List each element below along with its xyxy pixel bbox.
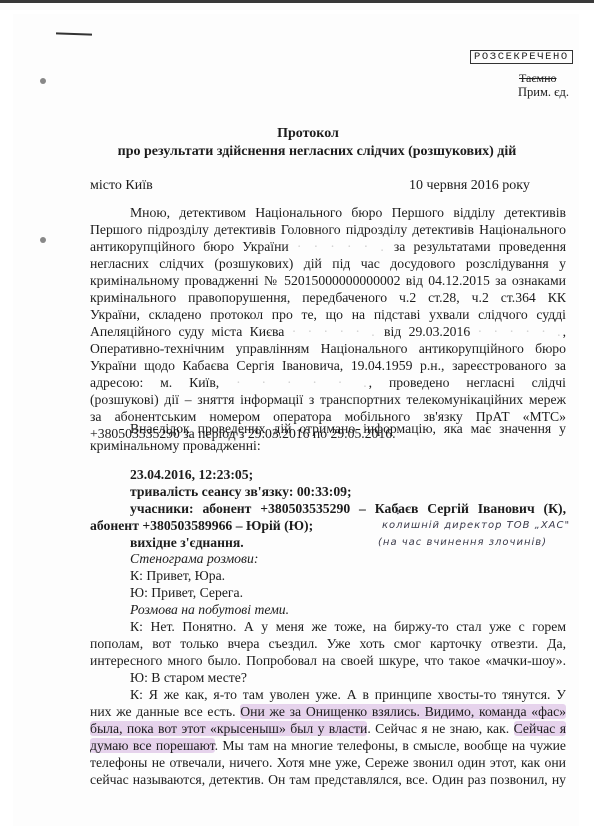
paragraph-line: Оперативно-технічним управлінням Націона… <box>90 340 566 357</box>
punch-hole-mark <box>40 237 46 243</box>
punch-hole-mark <box>40 78 46 84</box>
paragraph-line: (розшукові) дії – зняття інформації з тр… <box>90 391 566 408</box>
highlighted-text: была, пока вот этот «крысеныш» был у вла… <box>90 721 367 736</box>
transcript-line: К: Привет, Юра. <box>130 567 566 584</box>
redacted-text: · · · · · . <box>297 239 386 254</box>
transcript-line: К: Нет. Понятно. А у меня же тоже, на би… <box>130 618 566 635</box>
session-duration: тривалість сеансу зв'язку: 00:33:09; <box>130 483 566 500</box>
transcript-note: Розмова на побутові теми. <box>130 601 566 618</box>
transcript-line: интересного много было. Попробовал на св… <box>90 652 566 669</box>
handwritten-arrow-icon: ↓ <box>395 503 401 518</box>
highlighted-text: думаю все порешают <box>90 738 215 753</box>
session-direction: вихідне з'єднання. <box>130 534 330 551</box>
redacted-text: · · · · · . <box>292 324 377 339</box>
highlighted-text: Сейчас я <box>514 721 566 736</box>
redacted-text: · · · · · . <box>236 375 369 390</box>
document-title: Протокол <box>0 126 594 142</box>
paragraph-line: антикорупційного бюро України · · · · · … <box>90 238 566 255</box>
paragraph-line: України щодо Кабаєва Сергія Івановича, 1… <box>90 357 566 374</box>
paragraph-line: адресою: м. Київ, · · · · · ., проведено… <box>90 374 566 391</box>
paragraph-line: Апеляційного суду міста Києва · · · · · … <box>90 323 566 340</box>
transcript-line: К: Я же как, я-то там уволен уже. А в пр… <box>130 686 566 703</box>
document-date: 10 червня 2016 року <box>409 178 530 194</box>
text: них же данные все есть. <box>90 704 240 719</box>
handwritten-note-line2: (на час вчинення злочинів) <box>378 537 547 548</box>
document-subtitle: про результати здійснення негласних слід… <box>0 144 594 160</box>
text: . Мы там на многие телефоны, в смысле, в… <box>215 738 566 753</box>
declassified-stamp: РОЗСЕКРЕЧЕНО <box>470 50 573 64</box>
session-participants: учасники: абонент +380503535290 – Кабаєв… <box>130 500 566 517</box>
paragraph-line: кримінальному провадженні № 520150000000… <box>90 272 566 289</box>
paragraph-line: України, складено протокол про те, що на… <box>90 306 566 323</box>
transcript-label: Стенограма розмови: <box>130 550 330 567</box>
redacted-text: · · · · · . <box>478 324 563 339</box>
transcript-line: пополам, вот только вчера съездил. Уже х… <box>90 635 566 652</box>
highlighted-text: Они же за Онищенко взялись. Видимо, кома… <box>240 704 566 719</box>
copy-label: Прим. єд. <box>518 85 569 100</box>
transcript-line: Ю: Привет, Серега. <box>130 584 566 601</box>
transcript-line: думаю все порешают. Мы там на многие тел… <box>90 737 566 754</box>
paragraph-line: кримінальному провадженні: <box>90 437 566 454</box>
paragraph-line: негласних слідчих (розшукових) дій під ч… <box>90 255 566 272</box>
transcript-line: сейчас называются, детектив. Он там пред… <box>90 771 566 788</box>
handwritten-note-line1: колишній директор ТОВ „ХАС" <box>382 520 570 531</box>
transcript-line: телефоны не отвечали, ничего. Хотя мне у… <box>90 754 566 771</box>
session-datetime: 23.04.2016, 12:23:05; <box>130 466 566 483</box>
paragraph-line: Внаслідок проведених дій отримано інформ… <box>130 420 566 437</box>
transcript-line: них же данные все есть. Они же за Онищен… <box>90 703 566 720</box>
place: місто Київ <box>90 178 153 194</box>
transcript-line: Ю: В старом месте? <box>130 669 566 686</box>
paragraph-line: Мною, детективом Національного бюро Перш… <box>130 204 566 221</box>
classification-struck: Таємно <box>519 71 557 86</box>
paragraph-line: Першого підрозділу детективів Головного … <box>90 221 566 238</box>
scan-top-edge <box>0 0 594 3</box>
text: . Сейчас я не знаю, как. <box>367 721 513 736</box>
paragraph-line: кримінального правопорушення, передбачен… <box>90 289 566 306</box>
transcript-line: была, пока вот этот «крысеныш» был у вла… <box>90 720 566 737</box>
